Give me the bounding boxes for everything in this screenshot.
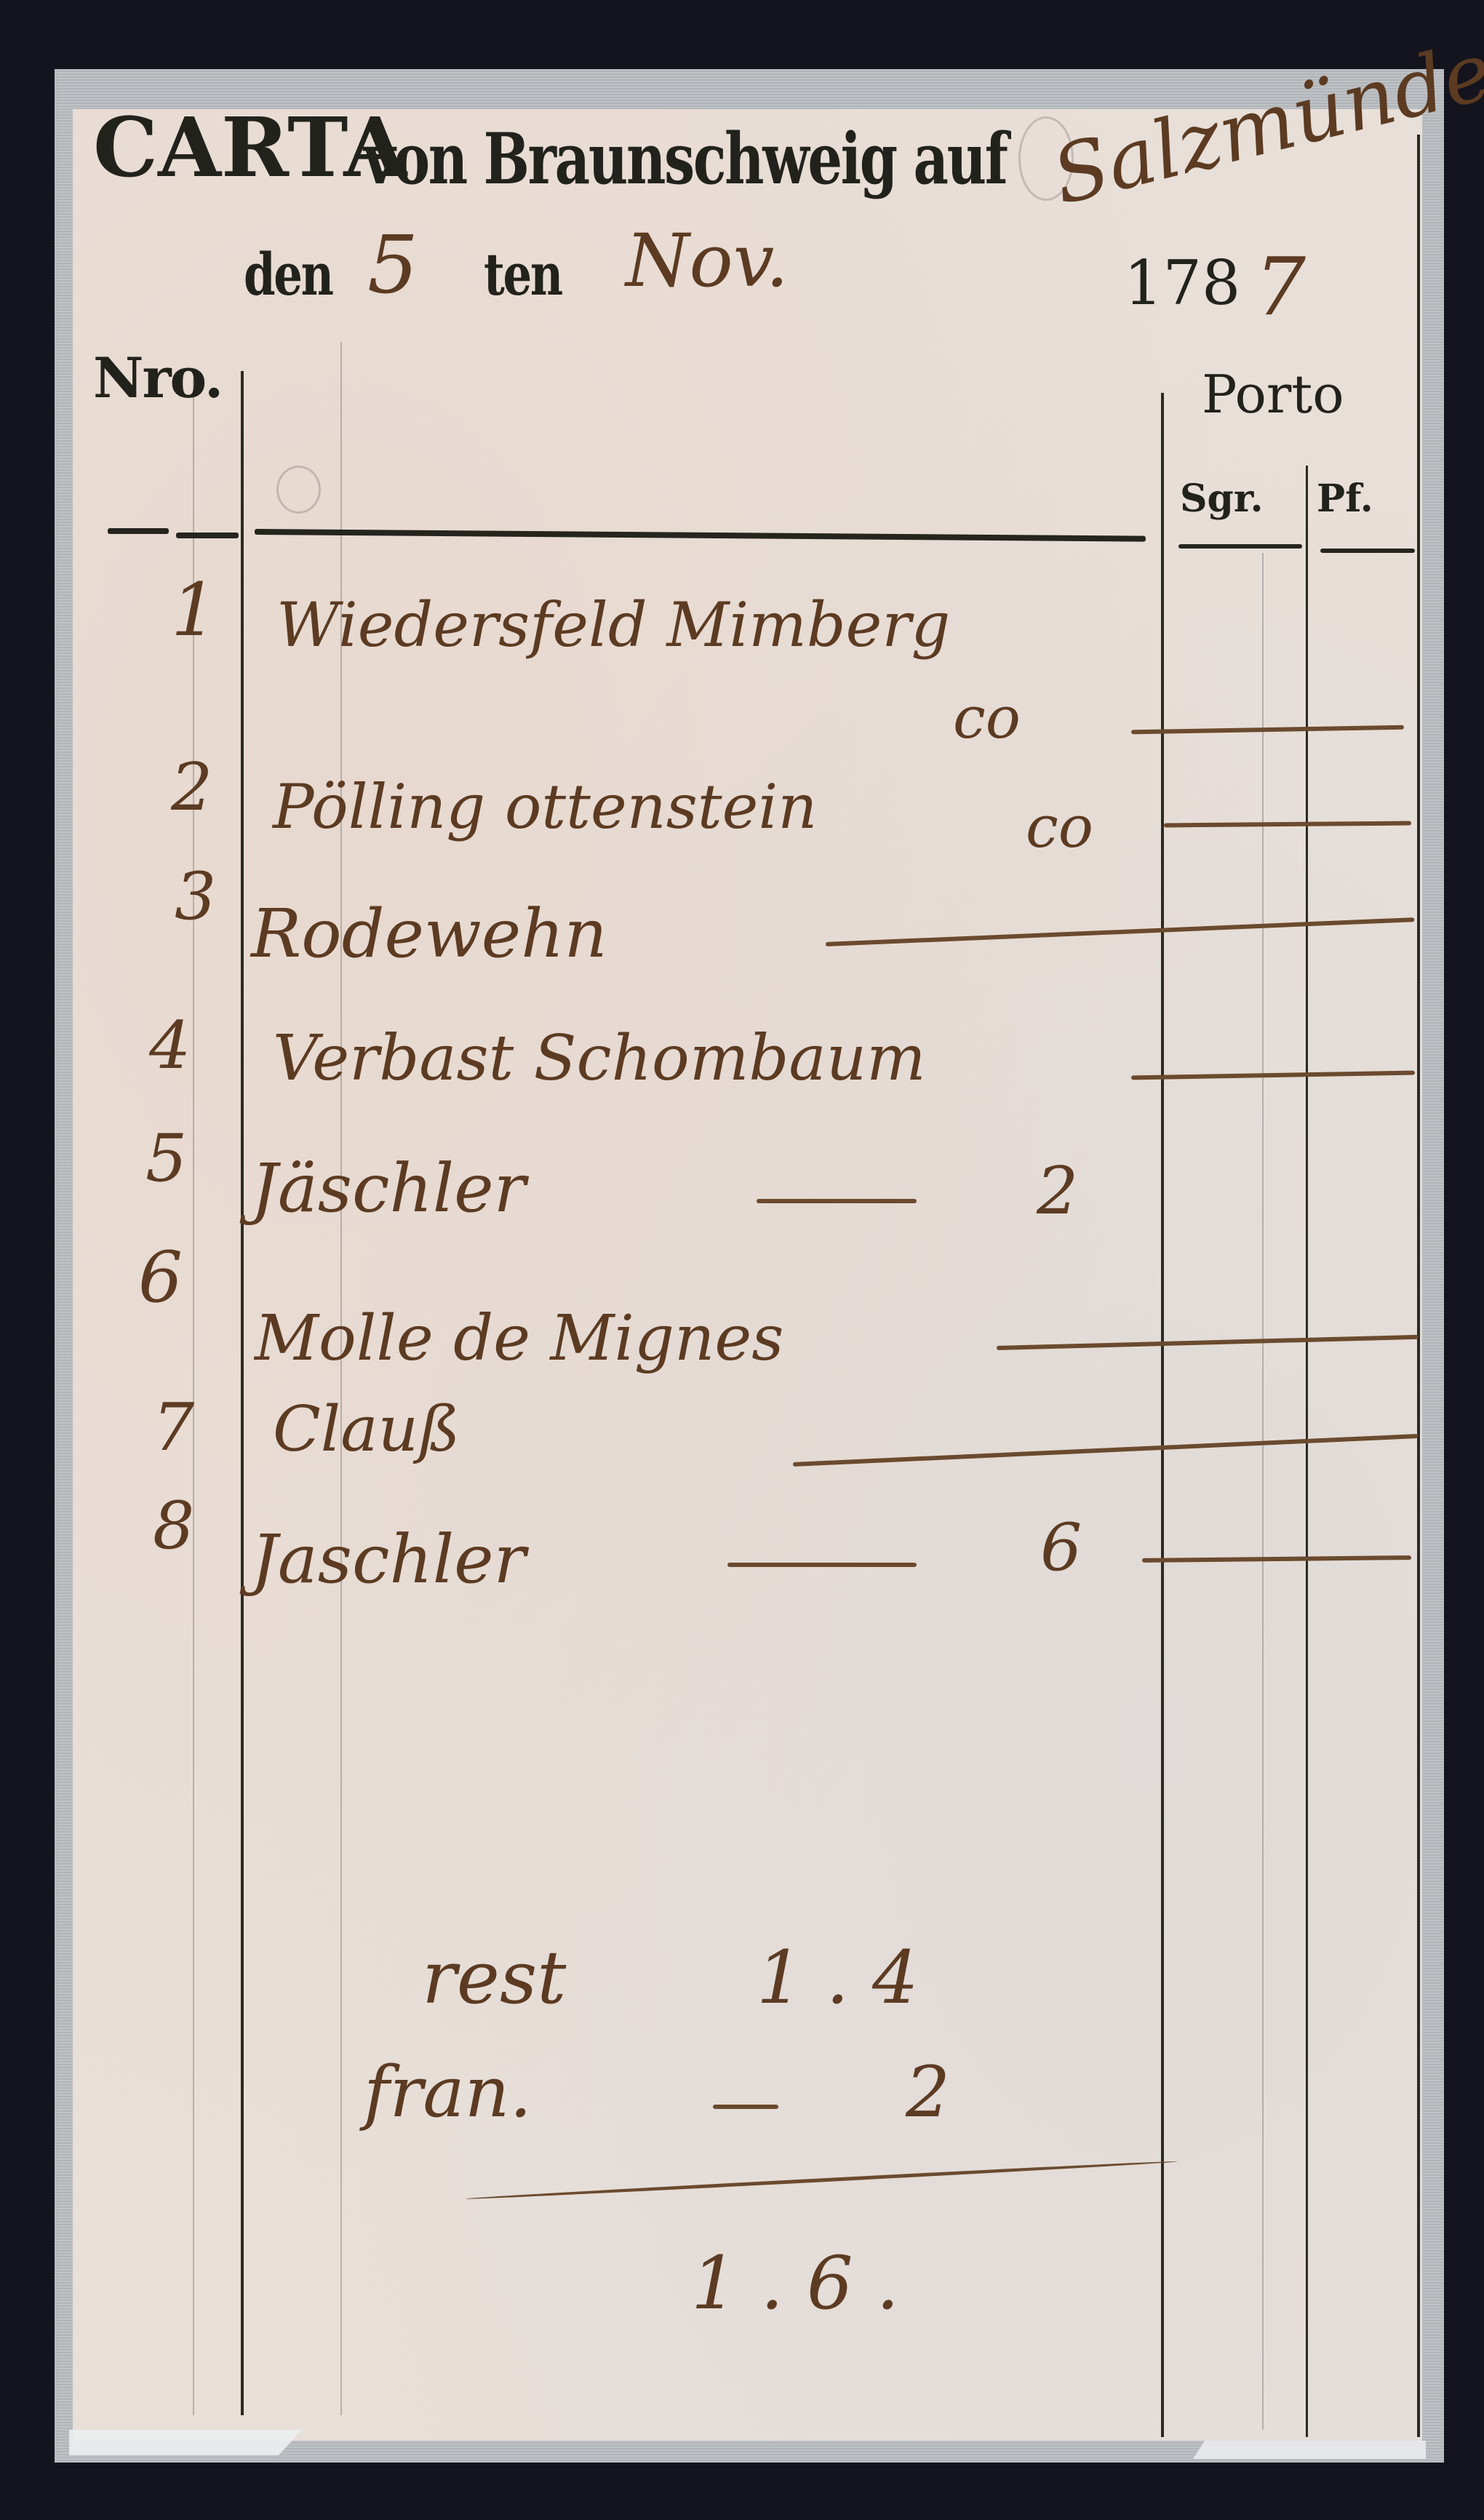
column-header-nro: Nro. xyxy=(93,346,222,410)
entry-name: Jäschler xyxy=(251,1149,526,1227)
column-header-sgr: Sgr. xyxy=(1180,477,1264,521)
porto-column-divider xyxy=(1161,393,1164,2437)
year-handwritten: 7 xyxy=(1255,240,1306,333)
header-rule-sgr xyxy=(1178,544,1302,549)
hinge-tape-left xyxy=(69,2430,302,2455)
entry-number: 3 xyxy=(175,858,216,935)
franco-label: fran. xyxy=(364,2052,532,2133)
entry-name: Pölling ottenstein xyxy=(273,771,817,842)
title-carta-text: CARTA xyxy=(93,100,407,196)
entry-number: 8 xyxy=(153,1488,194,1564)
entry-sgr-value: 6 xyxy=(1040,1510,1082,1586)
entry-number: 7 xyxy=(153,1389,194,1466)
sgr-pf-divider xyxy=(1306,466,1308,2437)
rest-value: 1 . 4 xyxy=(757,1935,919,2020)
hinge-tape-right xyxy=(1193,2441,1426,2459)
date-prefix: den xyxy=(244,240,332,308)
franco-dash xyxy=(713,2105,778,2109)
rest-label: rest xyxy=(422,1935,567,2020)
entry-name: Clauß xyxy=(273,1393,460,1466)
entry-name: Verbast Schombaum xyxy=(273,1022,926,1095)
franco-value: 2 xyxy=(906,2052,950,2133)
entry-number: 6 xyxy=(138,1237,183,1318)
nro-column-divider xyxy=(241,371,244,2415)
header-rule-nro-a xyxy=(108,528,169,534)
header-rule-pf xyxy=(1320,549,1415,553)
date-month: Nov. xyxy=(626,218,789,303)
entry-number: 5 xyxy=(145,1120,187,1197)
sum-value: 1 . 6 . xyxy=(691,2241,899,2326)
year-printed: 178 xyxy=(1124,247,1240,319)
entry-note: co xyxy=(1026,793,1093,861)
entry-dash-inline xyxy=(757,1199,917,1203)
column-header-porto: Porto xyxy=(1202,364,1344,425)
entry-number: 4 xyxy=(149,1008,191,1084)
entry-name: Rodewehn xyxy=(251,895,607,973)
letter-sheet xyxy=(73,109,1422,2441)
entry-name: Wiedersfeld Mimberg xyxy=(276,589,950,661)
entry-name: Molle de Mignes xyxy=(255,1302,783,1375)
date-suffix: ten xyxy=(484,240,562,308)
entry-dash-inline xyxy=(727,1563,917,1567)
entry-number: 2 xyxy=(171,749,212,826)
header-rule-nro-b xyxy=(176,533,239,538)
right-edge-rule xyxy=(1417,135,1420,2437)
date-day: 5 xyxy=(367,218,418,311)
column-header-pf: Pf. xyxy=(1317,477,1373,521)
entry-note: co xyxy=(953,684,1021,751)
faint-rule-sgr xyxy=(1262,553,1264,2430)
entry-sgr-value: 2 xyxy=(1037,1153,1078,1229)
postal-stamp-ghost-small xyxy=(276,466,321,514)
entry-number: 1 xyxy=(171,567,218,653)
entry-name: Jaschler xyxy=(251,1520,526,1598)
title-carta: CARTA xyxy=(93,100,407,196)
title-route: von Braunschweig auf xyxy=(364,118,1007,200)
